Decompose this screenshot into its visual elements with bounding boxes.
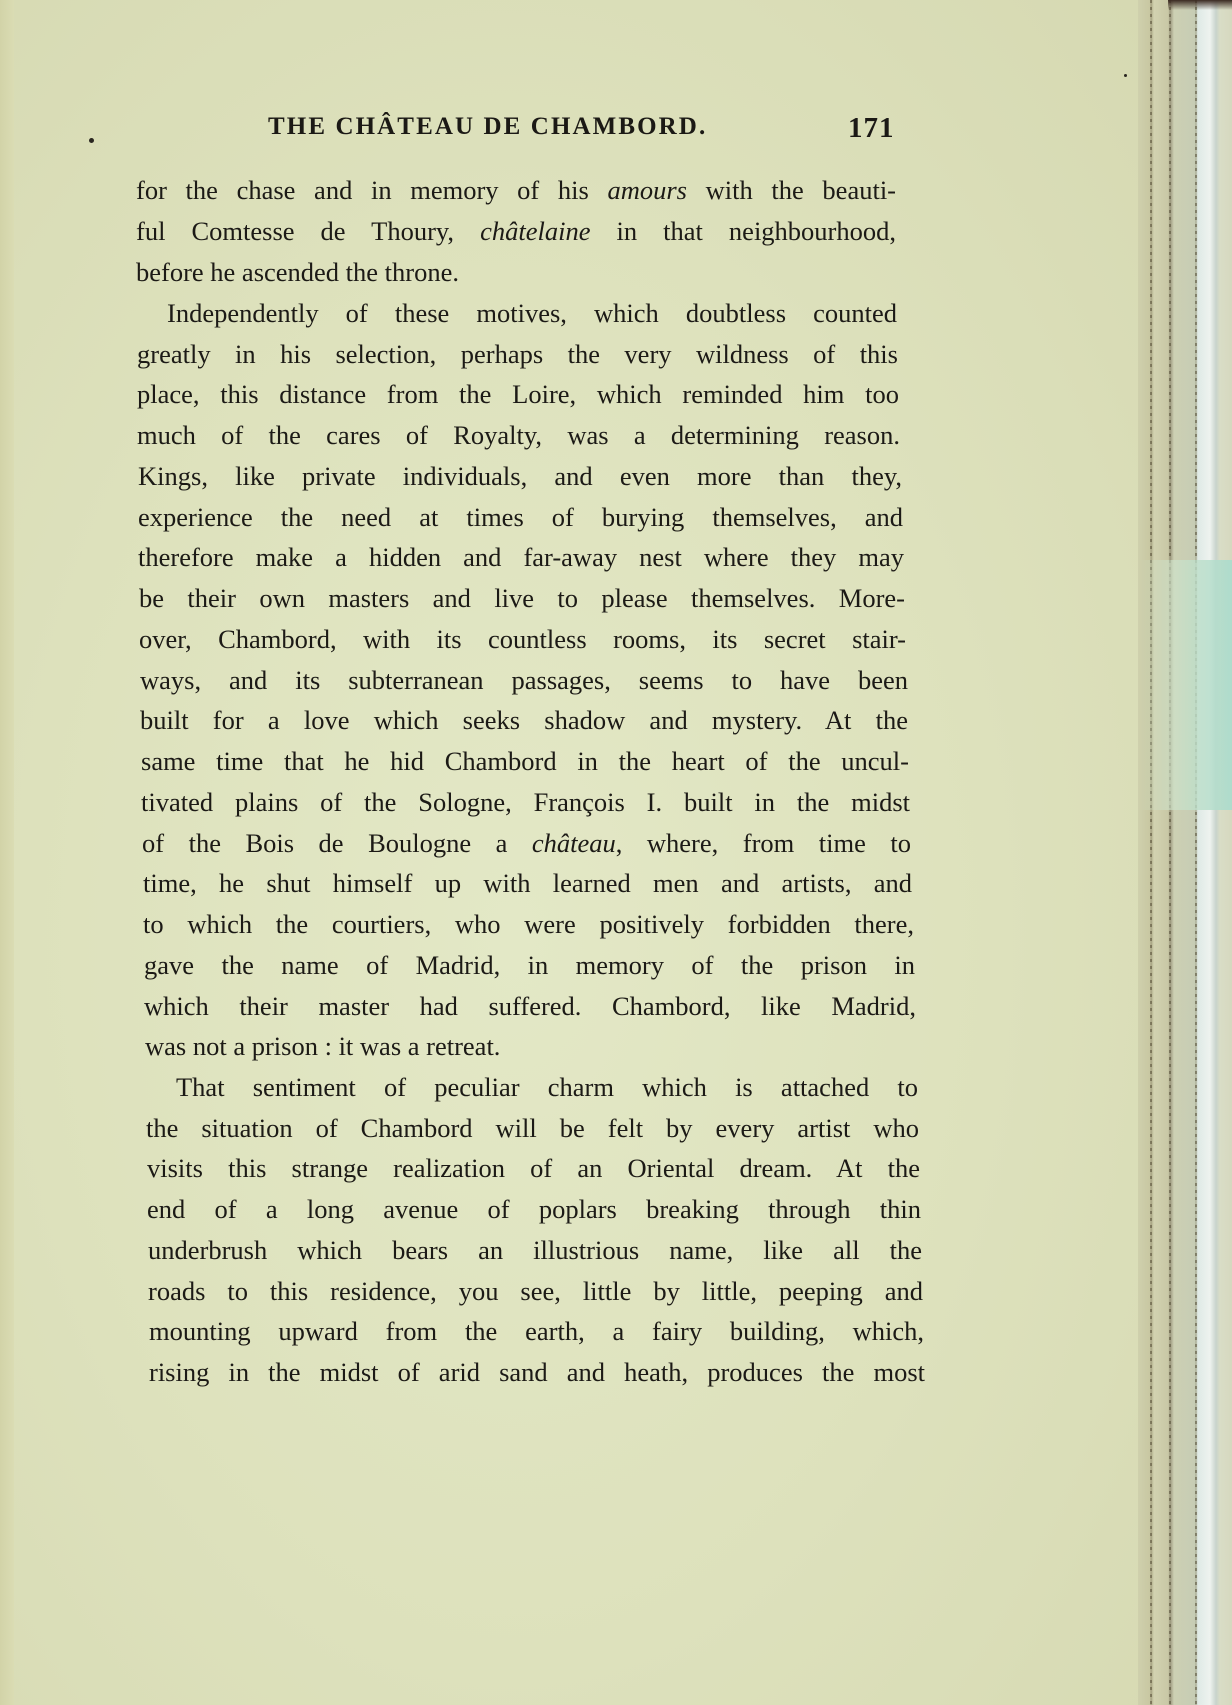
text-line: mounting upward from the earth, a fairy … <box>149 1314 924 1348</box>
text-line: over, Chambord, with its countless rooms… <box>139 622 906 656</box>
text-line: to which the courtiers, who were positiv… <box>143 907 914 941</box>
text-line: was not a prison : it was a retreat. <box>145 1029 917 1063</box>
text-line: experience the need at times of burying … <box>138 500 903 534</box>
text-line: greatly in his selection, perhaps the ve… <box>137 337 898 371</box>
text-line: roads to this residence, you see, little… <box>148 1274 923 1308</box>
text-line: for the chase and in memory of his amour… <box>136 173 896 207</box>
text-line: be their own masters and live to please … <box>139 581 905 615</box>
text-line: tivated plains of the Sologne, François … <box>141 785 910 819</box>
light-glare <box>1138 560 1232 810</box>
stacked-page-edges <box>1138 0 1232 1705</box>
book-cover-shadow <box>1168 0 1232 10</box>
book-page: THE CHÂTEAU DE CHAMBORD. 171 for the cha… <box>0 0 1138 1705</box>
text-line: ful Comtesse de Thoury, châtelaine in th… <box>136 214 896 248</box>
text-line: place, this distance from the Loire, whi… <box>137 377 899 411</box>
text-line: the situation of Chambord will be felt b… <box>146 1111 919 1145</box>
text-line: time, he shut himself up with learned me… <box>143 866 912 900</box>
text-line: end of a long avenue of poplars breaking… <box>147 1192 921 1226</box>
text-line: gave the name of Madrid, in memory of th… <box>144 948 915 982</box>
text-line: Kings, like private individuals, and eve… <box>138 459 902 493</box>
text-line: built for a love which seeks shadow and … <box>140 703 908 737</box>
text-line: visits this strange realization of an Or… <box>147 1151 920 1185</box>
body-text: for the chase and in memory of his amour… <box>0 0 1138 1705</box>
text-line: That sentiment of peculiar charm which i… <box>176 1070 918 1104</box>
text-line: same time that he hid Chambord in the he… <box>141 744 909 778</box>
text-line: much of the cares of Royalty, was a dete… <box>137 418 900 452</box>
text-line: underbrush which bears an illustrious na… <box>148 1233 922 1267</box>
text-line: rising in the midst of arid sand and hea… <box>149 1355 925 1389</box>
text-line: Independently of these motives, which do… <box>167 296 897 330</box>
text-line: before he ascended the throne. <box>136 255 896 289</box>
text-line: which their master had suffered. Chambor… <box>144 989 916 1023</box>
text-line: of the Bois de Boulogne a château, where… <box>142 826 911 860</box>
text-line: therefore make a hidden and far-away nes… <box>138 540 904 574</box>
text-line: ways, and its subterranean passages, see… <box>140 663 908 697</box>
